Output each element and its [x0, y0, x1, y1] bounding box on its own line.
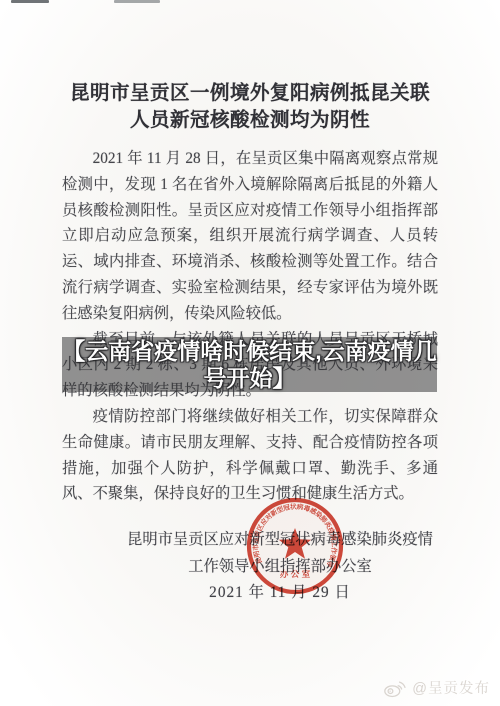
- seal-office-text: 办 公 室: [280, 569, 311, 579]
- title-line-1: 昆明市呈贡区一例境外复阳病例抵昆关联: [62, 80, 438, 107]
- notice-photo: 昆明市呈贡区一例境外复阳病例抵昆关联 人员新冠核酸检测均为阴性 2021 年 1…: [0, 0, 500, 706]
- document-title: 昆明市呈贡区一例境外复阳病例抵昆关联 人员新冠核酸检测均为阴性: [62, 80, 438, 134]
- title-line-2: 人员新冠核酸检测均为阴性: [62, 107, 438, 134]
- weibo-icon: [383, 678, 407, 698]
- caption-text: 【云南省疫情啥时候结束,云南疫情几号开始】: [62, 338, 437, 392]
- watermark-handle: @呈贡发布: [412, 677, 490, 698]
- caption-overlay-band: 【云南省疫情啥时候结束,云南疫情几号开始】: [62, 337, 437, 392]
- watermark: @呈贡发布: [383, 677, 490, 698]
- official-seal: 昆明市呈贡区应对新型冠状病毒感染肺炎疫情工作领导小组指挥部 办 公 室: [245, 496, 345, 596]
- photo-edge-artifact: [114, 0, 160, 3]
- document-body: 2021 年 11 月 28 日，在呈贡区集中隔离观察点常规检测中，发现 1 名…: [62, 146, 438, 507]
- body-paragraph: 疫情防控部门将继续做好相关工作，切实保障群众生命健康。请市民朋友理解、支持、配合…: [62, 404, 438, 507]
- photo-edge-artifact: [11, 0, 49, 3]
- body-paragraph: 2021 年 11 月 28 日，在呈贡区集中隔离观察点常规检测中，发现 1 名…: [62, 146, 438, 327]
